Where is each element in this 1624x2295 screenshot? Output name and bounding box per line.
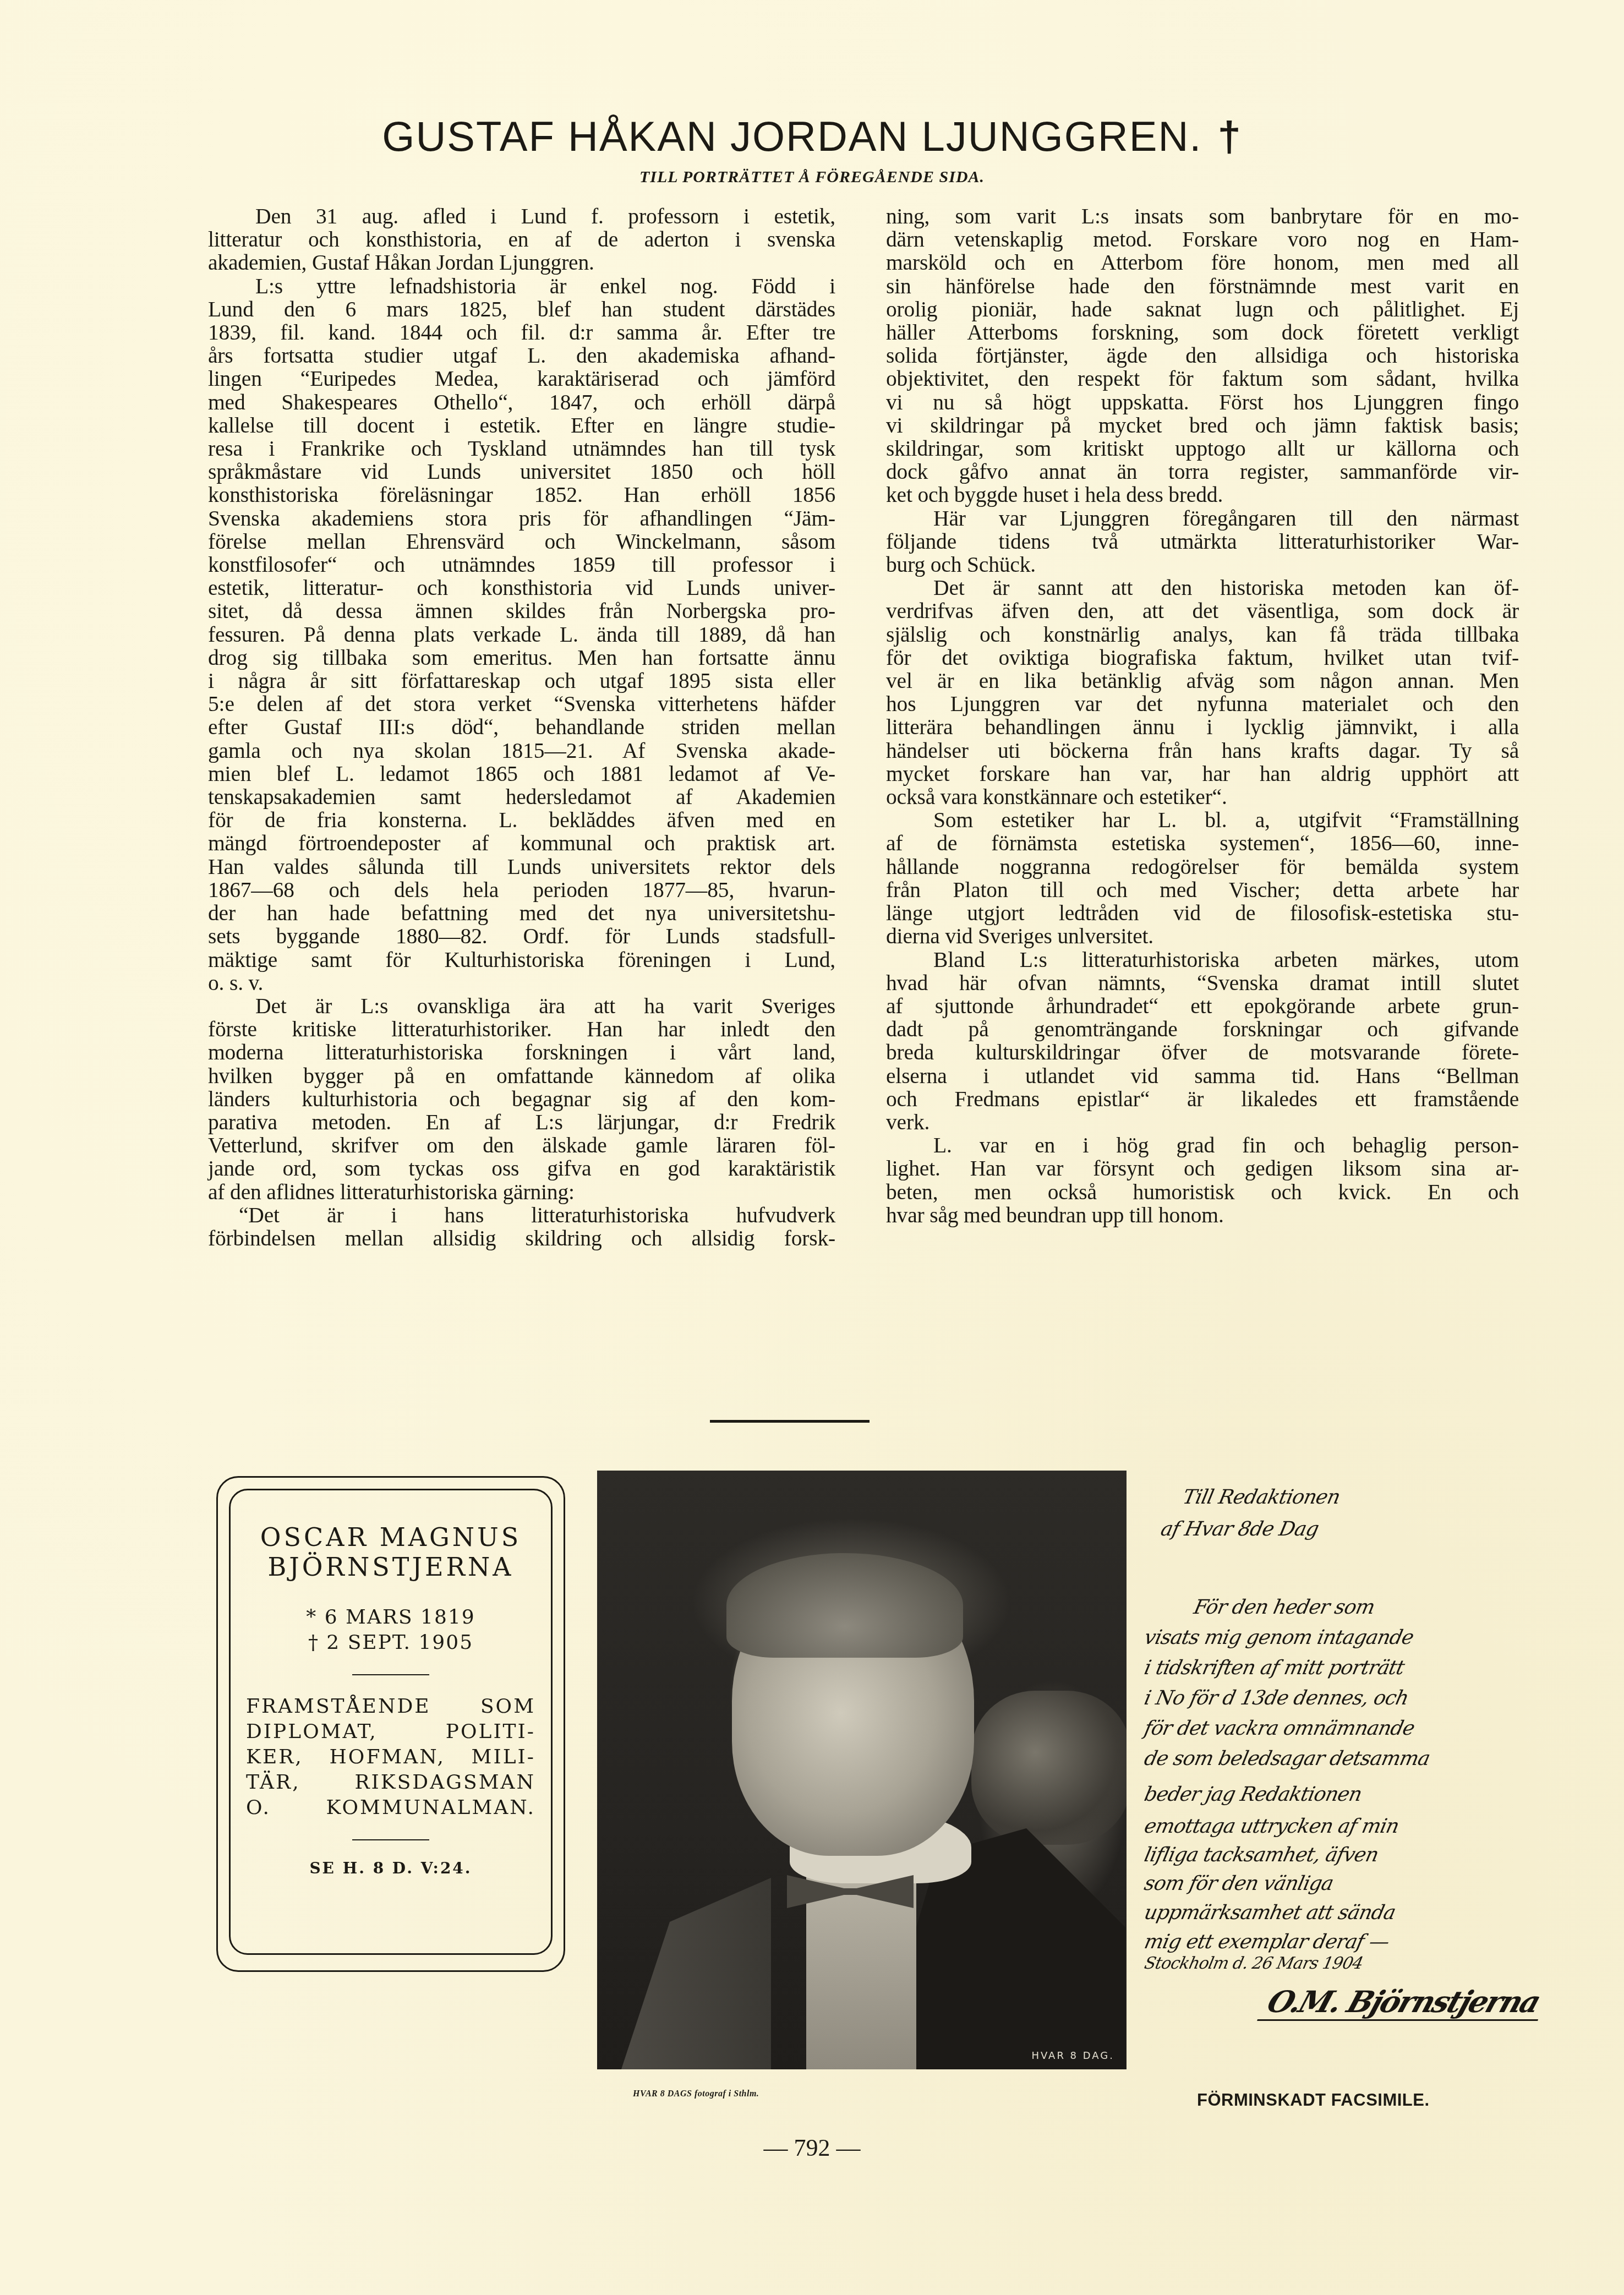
text-line: ning, som varit L:s insats som banbrytar… — [886, 205, 1519, 228]
text-line: verk. — [886, 1111, 1519, 1134]
letter-line: beder jag Redaktionen — [1142, 1783, 1364, 1806]
chair-back — [971, 1691, 1127, 1845]
letter-line: visats mig genom intagande — [1142, 1626, 1415, 1649]
text-line: förste kritiske litteraturhistoriker. Ha… — [208, 1018, 835, 1041]
text-line: Lund den 6 mars 1825, blef han student d… — [208, 298, 835, 321]
letter-line: de som beledsagar detsamma — [1142, 1747, 1432, 1770]
text-line: af sjuttonde århundradet“ ett epokgörand… — [886, 994, 1519, 1018]
article-subtitle: TILL PORTRÄTTET Å FÖREGÅENDE SIDA. — [0, 168, 1624, 187]
text-line: 1867—68 och dels hela perioden 1877—85, … — [208, 878, 835, 901]
text-line: elserna i utlandet vid samma tid. Hans “… — [886, 1064, 1519, 1088]
text-line: skildringar, som kritiskt upptogo allt u… — [886, 437, 1519, 460]
birth-date: * 6 MARS 1819 — [231, 1605, 551, 1630]
text-line: därn vetenskaplig metod. Forskare voro n… — [886, 228, 1519, 251]
handwritten-letter-facsimile: Till Redaktionen af Hvar 8de Dag För den… — [1145, 1486, 1563, 2069]
text-line: burg och Schück. — [886, 553, 1519, 576]
obituary-rule — [352, 1839, 429, 1840]
letter-date-line: Stockholm d. 26 Mars 1904 — [1142, 1954, 1364, 1973]
text-line: Svenska akademiens stora pris för afhand… — [208, 507, 835, 530]
text-line: jande ord, som tyckas oss gifva en god k… — [208, 1157, 835, 1180]
text-line: vi nu så högt uppskatta. Först hos Ljung… — [886, 391, 1519, 414]
letter-line: för det vackra omnämnande — [1142, 1717, 1417, 1740]
text-line: länge utgjort ledtråden vid de filosofis… — [886, 901, 1519, 925]
text-line: Den 31 aug. afled i Lund f. professorn i… — [208, 205, 835, 228]
text-line: Som estetiker har L. bl. a, utgifvit “Fr… — [886, 808, 1519, 832]
letter-line: emottaga uttrycken af min — [1142, 1815, 1401, 1838]
text-line: lighet. Han var försynt och gedigen liks… — [886, 1157, 1519, 1180]
letter-line: af Hvar 8de Dag — [1159, 1518, 1321, 1540]
text-line: af de förnämsta estetiska systemen“, 185… — [886, 832, 1519, 855]
obituary-reference: SE H. 8 D. V:24. — [231, 1859, 551, 1877]
obituary-rule — [352, 1674, 429, 1675]
text-line: lingen “Euripedes Medea, karaktäriserad … — [208, 367, 835, 390]
right-text-column: ning, som varit L:s insats som banbrytar… — [886, 205, 1519, 1227]
obituary-description: FRAMSTÅENDE SOM DIPLOMAT, POLITI- KER, H… — [231, 1694, 551, 1821]
text-line: för de fria konsterna. L. beklăddes äfve… — [208, 808, 835, 832]
letter-line: lifliga tacksamhet, äfven — [1142, 1844, 1380, 1866]
text-line: vel är en lika betänklig afväg som någon… — [886, 669, 1519, 692]
text-line: förbindelsen mellan allsidig skildring o… — [208, 1227, 835, 1250]
text-line: sets byggande 1880—82. Ordf. för Lunds s… — [208, 925, 835, 948]
article-title: GUSTAF HÅKAN JORDAN LJUNGGREN.† — [0, 113, 1624, 161]
text-line: o. s. v. — [208, 971, 835, 994]
left-text-column: Den 31 aug. afled i Lund f. professorn i… — [208, 205, 835, 1250]
text-line: resa i Frankrike och Tyskland utnämndes … — [208, 437, 835, 460]
text-line: L:s yttre lefnadshistoria är enkel nog. … — [208, 275, 835, 298]
text-line: Bland L:s litteraturhistoriska arbeten m… — [886, 948, 1519, 971]
text-line: mängd förtroendeposter af kommunal och p… — [208, 832, 835, 855]
text-line: marsköld och en Atterbom före honom, men… — [886, 251, 1519, 274]
text-line: mäktige samt för Kulturhistoriska föreni… — [208, 948, 835, 971]
text-line: dierna vid Sveriges unlversitet. — [886, 925, 1519, 948]
text-line: tenskapsakademien samt hedersledamot af … — [208, 785, 835, 808]
text-line: själslig och konstnärlig analys, kan få … — [886, 623, 1519, 646]
obituary-name-line: OSCAR MAGNUS — [231, 1522, 551, 1552]
text-line: ket och byggde huset i hela dess bredd. — [886, 483, 1519, 506]
text-line: Han valdes sålunda till Lunds universite… — [208, 855, 835, 878]
text-line: “Det är i hans litteraturhistoriska hufv… — [208, 1204, 835, 1227]
text-line: Här var Ljunggren föregångaren till den … — [886, 507, 1519, 530]
section-divider — [710, 1420, 870, 1423]
text-line: dock gåfvo annat än torra register, samm… — [886, 460, 1519, 483]
photo-watermark: HVAR 8 DAG. — [1031, 2050, 1114, 2062]
text-line: objektivitet, den respekt för faktum som… — [886, 367, 1519, 390]
text-line: konstfilosofer“ och utnämndes 1859 till … — [208, 553, 835, 576]
text-line: Vetterlund, skrifver om den älskade gaml… — [208, 1134, 835, 1157]
description-line: FRAMSTÅENDE SOM — [246, 1694, 535, 1719]
text-line: händelser uti böckerna från hans krafts … — [886, 739, 1519, 762]
obituary-box-inner-frame: OSCAR MAGNUS BJÖRNSTJERNA * 6 MARS 1819 … — [229, 1489, 553, 1955]
text-line: och Fredmans epistlar“ är likaledes ett … — [886, 1088, 1519, 1111]
text-line: med Shakespeares Othello“, 1847, och erh… — [208, 391, 835, 414]
cross-icon: † — [1217, 113, 1242, 160]
text-line: års fortsatta studier utgaf L. den akade… — [208, 344, 835, 367]
text-line: litterära behandlingen ännu i lycklig jä… — [886, 715, 1519, 739]
photo-caption: HVAR 8 DAGS fotograf i Sthlm. — [633, 2089, 759, 2099]
hair — [726, 1553, 963, 1658]
text-line: L. var en i hög grad fin och behaglig pe… — [886, 1134, 1519, 1157]
text-line: der han hade befattning med det nya univ… — [208, 901, 835, 925]
text-line: Det är sannt att den historiska metoden … — [886, 576, 1519, 599]
text-line: akademien, Gustaf Håkan Jordan Ljunggren… — [208, 251, 835, 274]
page-number: — 792 — — [0, 2134, 1624, 2162]
letter-line: Till Redaktionen — [1181, 1486, 1342, 1509]
text-line: hvad här ofvan nämnts, “Svenska dramat i… — [886, 971, 1519, 994]
text-line: 5:e delen af det stora verket “Svenska v… — [208, 692, 835, 715]
text-line: mycket forskare han var, har han aldrig … — [886, 762, 1519, 785]
text-line: fessuren. På denna plats verkade L. ända… — [208, 623, 835, 646]
text-line: verdrifvas äfven den, att det väsentliga… — [886, 599, 1519, 622]
text-line: i några år sitt författareskap och utgaf… — [208, 669, 835, 692]
facsimile-label: FÖRMINSKADT FACSIMILE. — [1197, 2090, 1430, 2110]
text-line: orolig pioniär, hade saknat lugn och pål… — [886, 298, 1519, 321]
article-title-text: GUSTAF HÅKAN JORDAN LJUNGGREN. — [382, 113, 1202, 160]
text-line: mien blef L. ledamot 1865 och 1881 ledam… — [208, 762, 835, 785]
text-line: beten, men också humoristisk och kvick. … — [886, 1181, 1519, 1204]
letter-line: i No för d 13de dennes, och — [1142, 1687, 1410, 1709]
text-line: moderna litteraturhistoriska forskningen… — [208, 1041, 835, 1064]
text-line: drog sig tillbaka som emeritus. Men han … — [208, 646, 835, 669]
text-line: hållande noggranna redogörelser för bemä… — [886, 855, 1519, 878]
text-line: vi skildringar på mycket bred och jämn f… — [886, 414, 1519, 437]
text-line: 1839, fil. kand. 1844 och fil. d:r samma… — [208, 321, 835, 344]
text-line: hvilken bygger på en omfattande kännedom… — [208, 1064, 835, 1088]
obituary-box: OSCAR MAGNUS BJÖRNSTJERNA * 6 MARS 1819 … — [216, 1476, 565, 1972]
obituary-name: OSCAR MAGNUS BJÖRNSTJERNA — [231, 1522, 551, 1582]
text-line: också vara konstkännare och estetiker“. — [886, 785, 1519, 808]
text-line: kallelse till docent i estetik. Efter en… — [208, 414, 835, 437]
text-line: breda kulturskildringar öfver de motsvar… — [886, 1041, 1519, 1064]
letter-line: som för den vänliga — [1142, 1872, 1336, 1895]
text-line: sitet, då dessa ämnen skildes från Norbe… — [208, 599, 835, 622]
text-line: estetik, litteratur- och konsthistoria v… — [208, 576, 835, 599]
text-line: språkmåstare vid Lunds universitet 1850 … — [208, 460, 835, 483]
description-line: KER, HOFMAN, MILI- — [246, 1745, 535, 1770]
text-line: solida förtjänster, ägde den allsidiga o… — [886, 344, 1519, 367]
obituary-name-line: BJÖRNSTJERNA — [231, 1552, 551, 1582]
text-line: af den aflidnes litteraturhistoriska gär… — [208, 1181, 835, 1204]
text-line: förelse mellan Ehrensvärd och Winckelman… — [208, 530, 835, 553]
text-line: följande tidens två utmärkta litteraturh… — [886, 530, 1519, 553]
text-line: hvar såg med beundran upp till honom. — [886, 1204, 1519, 1227]
description-line: TÄR, RIKSDAGSMAN — [246, 1770, 535, 1795]
obituary-dates: * 6 MARS 1819 † 2 SEPT. 1905 — [231, 1605, 551, 1655]
text-line: för det oviktiga biografiska faktum, hvi… — [886, 646, 1519, 669]
text-line: från Platon till och med Vischer; detta … — [886, 878, 1519, 901]
letter-line: mig ett exemplar deraf — — [1142, 1931, 1391, 1953]
text-line: länders kulturhistoria och begagnar sig … — [208, 1088, 835, 1111]
letter-line: i tidskriften af mitt porträtt — [1142, 1657, 1407, 1679]
description-line: O. KOMMUNALMAN. — [246, 1795, 535, 1821]
text-line: gamla och nya skolan 1815—21. Af Svenska… — [208, 739, 835, 762]
description-line: DIPLOMAT, POLITI- — [246, 1719, 535, 1745]
letter-line: För den heder som — [1192, 1596, 1377, 1619]
text-line: konsthistoriska föreläsningar 1852. Han … — [208, 483, 835, 506]
portrait-photo: HVAR 8 DAG. — [597, 1471, 1127, 2069]
text-line: häller Atterboms forskning, som dock för… — [886, 321, 1519, 344]
text-line: Det är L:s ovanskliga ära att ha varit S… — [208, 994, 835, 1018]
text-line: sin hänförelse hade den förstnämnde mest… — [886, 275, 1519, 298]
text-line: efter Gustaf III:s död“, behandlande str… — [208, 715, 835, 739]
death-date: † 2 SEPT. 1905 — [231, 1630, 551, 1655]
signature: O.M. Björnstjerna — [1257, 1984, 1550, 2021]
letter-line: uppmärksamhet att sända — [1142, 1901, 1398, 1924]
text-line: parativa metoden. En af L:s lärjungar, d… — [208, 1111, 835, 1134]
text-line: litteratur och konsthistoria, en af de a… — [208, 228, 835, 251]
text-line: hos Ljunggren var det nyfunna materialet… — [886, 692, 1519, 715]
text-line: dadt på genomträngande forskningar och g… — [886, 1018, 1519, 1041]
